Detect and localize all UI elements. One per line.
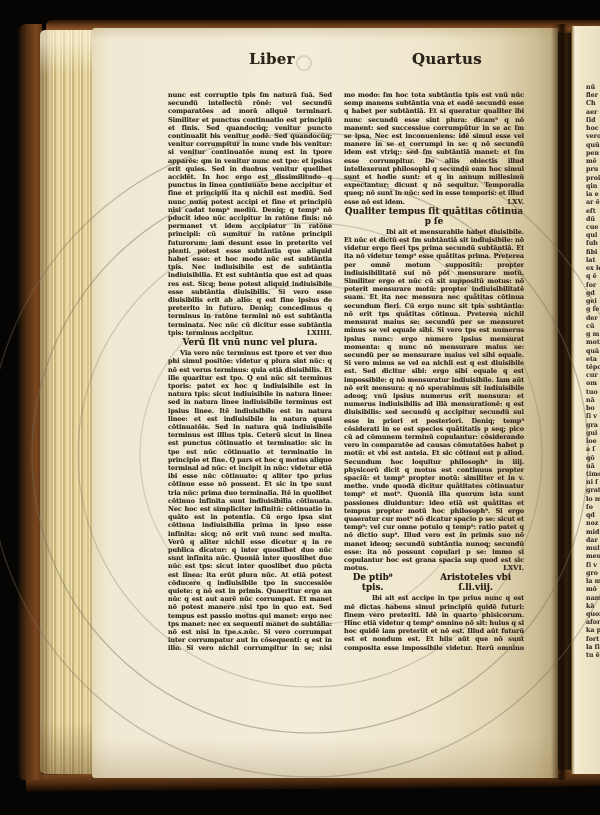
chapter-heading: Verū ſit vnū nunc vel plura. [168, 338, 332, 348]
chapter-heading: Qualiter tempus ſit quãtitas cõtinua p ſ… [344, 207, 524, 227]
book-gutter-shadow [551, 24, 573, 780]
left-page: Liber Quartus nunc est corruptio tpis ſm… [92, 28, 558, 778]
right-page-text-fragment: nūflerChaerſidhocveroquūpenmēpruproiqini… [586, 84, 600, 660]
text-column-right: mo modo: ſm hoc tota subtāntia tpis est … [344, 91, 524, 653]
photo-backdrop: Liber Quartus nunc est corruptio tpis ſm… [0, 0, 600, 815]
running-head: Liber Quartus [92, 50, 558, 70]
text-columns: nunc est corruptio tpis ſm naturā ſuā. S… [168, 91, 524, 653]
paragraph: mo modo: ſm hoc tota subtāntia tpis est … [344, 91, 524, 206]
running-head-quartus: Quartus [392, 50, 502, 68]
chapter-heading-reference: Aristoteles vbi ſ.li.viij. [427, 573, 524, 593]
paragraph: Ibi ait et mensurabile habet diuisibile.… [344, 228, 524, 573]
chapter-heading-title: De ptib⁹ tpis. [344, 573, 401, 593]
running-head-liber: Liber [217, 50, 327, 68]
chapter-heading: De ptib⁹ tpis. Aristoteles vbi ſ.li.viij… [344, 573, 524, 593]
book-cover-left [18, 24, 42, 780]
paragraph: nunc est corruptio tpis ſm naturā ſuā. S… [168, 91, 332, 337]
paragraph: Ibi ait est accipe in tpe prius nunc q e… [344, 594, 524, 653]
paragraph: Via vero nūc terminus est tpore et ver d… [168, 349, 332, 653]
text-column-left: nunc est corruptio tpis ſm naturā ſuā. S… [168, 91, 332, 653]
section-number: LXVI. [344, 564, 524, 572]
page-fore-edges [40, 30, 94, 774]
right-page-sliver: nūflerChaerſidhocveroquūpenmēpruproiqini… [571, 26, 600, 774]
